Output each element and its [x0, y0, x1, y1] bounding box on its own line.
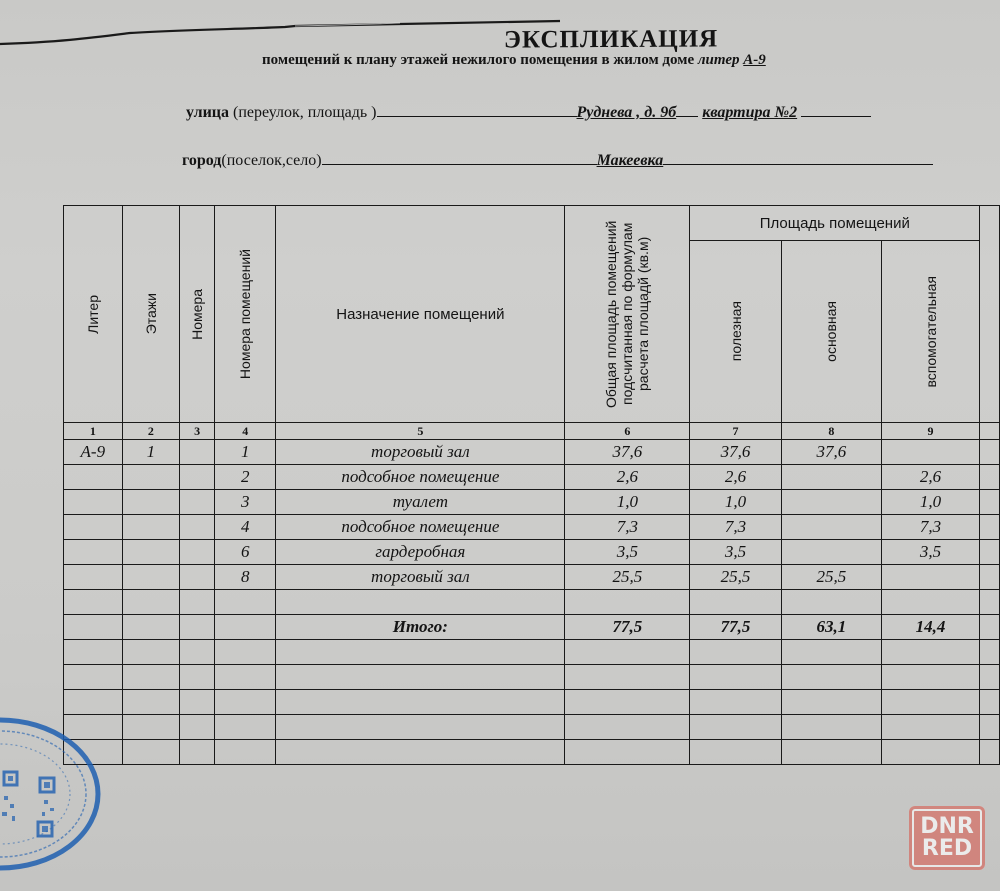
official-seal-icon	[0, 712, 102, 872]
cell-useful: 1,0	[690, 490, 781, 515]
table-row	[64, 740, 1000, 765]
cell-litera	[64, 465, 123, 490]
cell-auxiliary	[881, 690, 979, 715]
cell-total	[565, 740, 690, 765]
column-number: 2	[122, 423, 180, 440]
cell-number	[180, 615, 215, 640]
cell-main	[781, 465, 881, 490]
cell-auxiliary	[881, 665, 979, 690]
column-number: 8	[781, 423, 881, 440]
cell-number	[180, 740, 215, 765]
extra-column-cell	[980, 590, 1000, 615]
extra-column-cell	[980, 490, 1000, 515]
cell-litera	[64, 590, 123, 615]
cell-total: 37,6	[565, 440, 690, 465]
header-floors: Этажи	[122, 206, 180, 423]
city-label: (поселок,село)	[221, 152, 321, 169]
cell-main	[781, 540, 881, 565]
table-row	[64, 715, 1000, 740]
extra-column-cell	[980, 540, 1000, 565]
cell-main: 37,6	[781, 440, 881, 465]
header-numbers: Номера	[180, 206, 215, 423]
column-number: 9	[881, 423, 979, 440]
cell-room: 8	[214, 565, 276, 590]
cell-total	[565, 690, 690, 715]
cell-auxiliary: 1,0	[881, 490, 979, 515]
cell-auxiliary: 2,6	[881, 465, 979, 490]
column-number: 6	[565, 423, 690, 440]
cell-main	[781, 690, 881, 715]
extra-column-cell	[980, 640, 1000, 665]
watermark-line2: RED	[922, 838, 972, 860]
cell-litera	[64, 640, 123, 665]
cell-litera	[64, 615, 123, 640]
cell-number	[180, 515, 215, 540]
cell-floor	[122, 715, 180, 740]
cell-purpose: торговый зал	[276, 565, 565, 590]
cell-floor	[122, 590, 180, 615]
cell-main: 25,5	[781, 565, 881, 590]
extra-column-cell	[980, 515, 1000, 540]
watermark-line1: DNR	[920, 816, 974, 838]
cell-useful	[690, 690, 781, 715]
cell-auxiliary	[881, 565, 979, 590]
cell-litera	[64, 490, 123, 515]
cell-useful	[690, 590, 781, 615]
header-auxiliary: вспомогательная	[881, 241, 979, 423]
cell-auxiliary	[881, 440, 979, 465]
cell-number	[180, 540, 215, 565]
cell-room	[214, 615, 276, 640]
cell-purpose	[276, 665, 565, 690]
cell-main	[781, 490, 881, 515]
cell-total: 25,5	[565, 565, 690, 590]
cell-number	[180, 440, 215, 465]
header-room-numbers: Номера помещений	[214, 206, 276, 423]
cell-number	[180, 690, 215, 715]
cell-purpose: подсобное помещение	[276, 465, 565, 490]
cell-auxiliary	[881, 640, 979, 665]
cell-purpose	[276, 715, 565, 740]
cell-purpose	[276, 690, 565, 715]
city-fill-line	[322, 164, 597, 165]
header-extra-column	[980, 206, 1000, 423]
column-number-row: 123456789	[64, 423, 1000, 440]
dnr-red-watermark-logo: DNR RED	[909, 806, 985, 870]
cell-room: 4	[214, 515, 276, 540]
cell-main: 63,1	[781, 615, 881, 640]
column-number: 4	[214, 423, 276, 440]
explication-table: Литер Этажи Номера Номера помещений Назн…	[63, 205, 1000, 765]
cell-number	[180, 640, 215, 665]
cell-total	[565, 590, 690, 615]
cell-floor	[122, 540, 180, 565]
street-value: Руднева , д. 9б	[577, 104, 677, 121]
city-value: Макеевка	[597, 152, 664, 169]
cell-total	[565, 715, 690, 740]
column-number: 5	[276, 423, 565, 440]
table-row	[64, 665, 1000, 690]
cell-number	[180, 465, 215, 490]
extra-column-cell	[980, 740, 1000, 765]
table-row: А-911торговый зал37,637,637,6	[64, 440, 1000, 465]
extra-column-cell	[980, 440, 1000, 465]
extra-column-cell	[980, 565, 1000, 590]
cell-auxiliary	[881, 715, 979, 740]
table-row: 6гардеробная3,53,53,5	[64, 540, 1000, 565]
header-total-area: Общая площадь помещений подсчитанная по …	[565, 206, 690, 423]
cell-auxiliary: 14,4	[881, 615, 979, 640]
cell-total: 3,5	[565, 540, 690, 565]
cell-useful: 25,5	[690, 565, 781, 590]
cell-floor	[122, 640, 180, 665]
cell-purpose	[276, 640, 565, 665]
cell-useful: 7,3	[690, 515, 781, 540]
cell-auxiliary: 7,3	[881, 515, 979, 540]
cell-main	[781, 665, 881, 690]
cell-purpose: гардеробная	[276, 540, 565, 565]
cell-floor	[122, 740, 180, 765]
extra-column-cell	[980, 423, 1000, 440]
cell-purpose	[276, 740, 565, 765]
header-purpose: Назначение помещений	[276, 206, 565, 423]
cell-litera	[64, 565, 123, 590]
cell-main	[781, 590, 881, 615]
apartment-value: квартира №2	[702, 104, 797, 121]
extra-column-cell	[980, 465, 1000, 490]
cell-useful	[690, 740, 781, 765]
table-row	[64, 640, 1000, 665]
table-row: 8торговый зал25,525,525,5	[64, 565, 1000, 590]
cell-number	[180, 590, 215, 615]
cell-number	[180, 565, 215, 590]
cell-floor	[122, 690, 180, 715]
cell-useful: 37,6	[690, 440, 781, 465]
total-row: Итого:77,577,563,114,4	[64, 615, 1000, 640]
cell-litera	[64, 665, 123, 690]
cell-total	[565, 665, 690, 690]
table-row: 2подсобное помещение2,62,62,6	[64, 465, 1000, 490]
header-area-group: Площадь помещений	[690, 206, 980, 241]
street-label-bold: улица	[186, 104, 229, 121]
cell-room	[214, 640, 276, 665]
cell-main	[781, 640, 881, 665]
cell-main	[781, 515, 881, 540]
cell-auxiliary: 3,5	[881, 540, 979, 565]
cell-litera	[64, 515, 123, 540]
cell-floor	[122, 615, 180, 640]
cell-total: 1,0	[565, 490, 690, 515]
city-fill-line	[663, 164, 933, 165]
cell-room: 6	[214, 540, 276, 565]
cell-auxiliary	[881, 740, 979, 765]
cell-auxiliary	[881, 590, 979, 615]
paper-fold-crease	[0, 0, 1000, 60]
column-number: 3	[180, 423, 215, 440]
cell-room: 1	[214, 440, 276, 465]
cell-number	[180, 665, 215, 690]
cell-purpose: торговый зал	[276, 440, 565, 465]
city-line: город(поселок,село)Макеевка	[182, 152, 933, 170]
street-line: улица (переулок, площадь )Руднева , д. 9…	[186, 104, 871, 122]
street-label: (переулок, площадь )	[229, 104, 376, 121]
cell-floor: 1	[122, 440, 180, 465]
cell-total: 2,6	[565, 465, 690, 490]
cell-purpose: туалет	[276, 490, 565, 515]
document-subtitle: помещений к плану этажей нежилого помеще…	[262, 52, 766, 69]
cell-useful: 2,6	[690, 465, 781, 490]
cell-purpose: Итого:	[276, 615, 565, 640]
column-number-row-group: 123456789	[64, 423, 1000, 440]
column-number: 7	[690, 423, 781, 440]
cell-floor	[122, 515, 180, 540]
cell-total	[565, 640, 690, 665]
cell-room	[214, 715, 276, 740]
document-title: ЭКСПЛИКАЦИЯ	[504, 25, 718, 54]
cell-useful: 3,5	[690, 540, 781, 565]
cell-useful	[690, 665, 781, 690]
cell-floor	[122, 665, 180, 690]
cell-room: 3	[214, 490, 276, 515]
extra-column-cell	[980, 715, 1000, 740]
table-row	[64, 590, 1000, 615]
cell-useful	[690, 715, 781, 740]
subtitle-text: помещений к плану этажей нежилого помеще…	[262, 52, 694, 68]
table-row	[64, 690, 1000, 715]
column-number: 1	[64, 423, 123, 440]
cell-room	[214, 740, 276, 765]
cell-useful: 77,5	[690, 615, 781, 640]
extra-column-cell	[980, 690, 1000, 715]
cell-main	[781, 715, 881, 740]
street-fill-line	[676, 116, 698, 117]
cell-room: 2	[214, 465, 276, 490]
cell-litera: А-9	[64, 440, 123, 465]
header-main: основная	[781, 241, 881, 423]
cell-room	[214, 590, 276, 615]
litera-value: А-9	[743, 52, 766, 68]
cell-total: 77,5	[565, 615, 690, 640]
city-label-bold: город	[182, 152, 221, 169]
cell-litera	[64, 540, 123, 565]
cell-floor	[122, 465, 180, 490]
cell-number	[180, 490, 215, 515]
litera-label: литер	[698, 52, 740, 68]
header-litera: Литер	[64, 206, 123, 423]
cell-purpose	[276, 590, 565, 615]
apartment-fill-line	[801, 116, 871, 117]
cell-total: 7,3	[565, 515, 690, 540]
cell-floor	[122, 565, 180, 590]
cell-purpose: подсобное помещение	[276, 515, 565, 540]
cell-litera	[64, 690, 123, 715]
cell-floor	[122, 490, 180, 515]
table-row: 4подсобное помещение7,37,37,3	[64, 515, 1000, 540]
cell-main	[781, 740, 881, 765]
cell-room	[214, 665, 276, 690]
table-body: А-911торговый зал37,637,637,62подсобное …	[64, 440, 1000, 765]
cell-number	[180, 715, 215, 740]
extra-column-cell	[980, 665, 1000, 690]
cell-useful	[690, 640, 781, 665]
cell-room	[214, 690, 276, 715]
street-fill-line	[377, 116, 577, 117]
table-row: 3туалет1,01,01,0	[64, 490, 1000, 515]
extra-column-cell	[980, 615, 1000, 640]
header-useful: полезная	[690, 241, 781, 423]
